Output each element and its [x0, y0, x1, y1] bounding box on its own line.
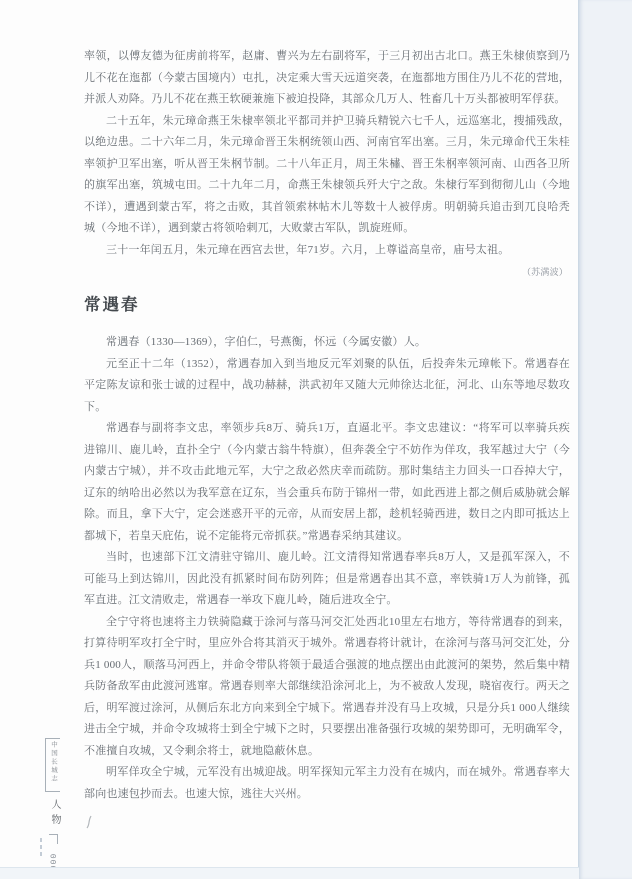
paragraph: 二十五年，朱元璋命燕王朱棣率领北平都司并护卫骑兵精锐六七千人，远巡塞北，搜捕残敌…: [84, 111, 570, 240]
paragraph: 常遇春（1330—1369），字伯仁，号燕衡，怀远（今属安徽）人。: [84, 332, 570, 354]
spine-series-title: 中国长城志: [49, 741, 58, 784]
paragraph: 率领，以傅友德为征虏前将军，赵庸、曹兴为左右副将军，于三月初出古北口。燕王朱棣侦…: [84, 46, 570, 111]
paragraph: 明军佯攻全宁城，元军没有出城迎战。明军探知元军主力没有在城内，而在城外。常遇春率…: [84, 762, 570, 805]
spine-corner-bracket: [49, 834, 58, 844]
scan-edge-artifact: [40, 838, 42, 856]
spine-series-box: 中国长城志: [45, 738, 60, 792]
paragraph: 全宁守将也速将主力铁骑隐藏于涂河与落马河交汇处西北10里左右地方，等待常遇春的到…: [84, 612, 570, 763]
scan-margin-bottom: [0, 867, 579, 879]
page-text-column: 率领，以傅友德为征虏前将军，赵庸、曹兴为左右副将军，于三月初出古北口。燕王朱棣侦…: [84, 46, 570, 805]
spine-volume-label: 人物: [47, 799, 62, 829]
scanned-book-page: 率领，以傅友德为征虏前将军，赵庸、曹兴为左右副将军，于三月初出古北口。燕王朱棣侦…: [0, 0, 632, 879]
article-title: 常遇春: [84, 293, 570, 317]
paragraph: 常遇春与副将李文忠，率领步兵8万、骑兵1万，直逼北平。李文忠建议：“将军可以率骑…: [84, 418, 570, 547]
scan-margin-right: [578, 0, 632, 879]
paragraph: 三十一年闰五月，朱元璋在西宫去世，年71岁。六月，上尊谥高皇帝，庙号太祖。: [84, 240, 570, 262]
paragraph: 元至正十二年（1352），常遇春加入到当地反元军刘聚的队伍，后投奔朱元璋帐下。常…: [84, 354, 570, 419]
paragraph: 当时，也速部下江文清驻守锦川、鹿儿岭。江文清得知常遇春率兵8万人，又是孤军深入，…: [84, 547, 570, 612]
book-spine: 中国长城志 人物 006: [40, 738, 66, 867]
author-attribution: （苏满波）: [84, 264, 570, 280]
pen-mark-artifact: [84, 815, 94, 834]
